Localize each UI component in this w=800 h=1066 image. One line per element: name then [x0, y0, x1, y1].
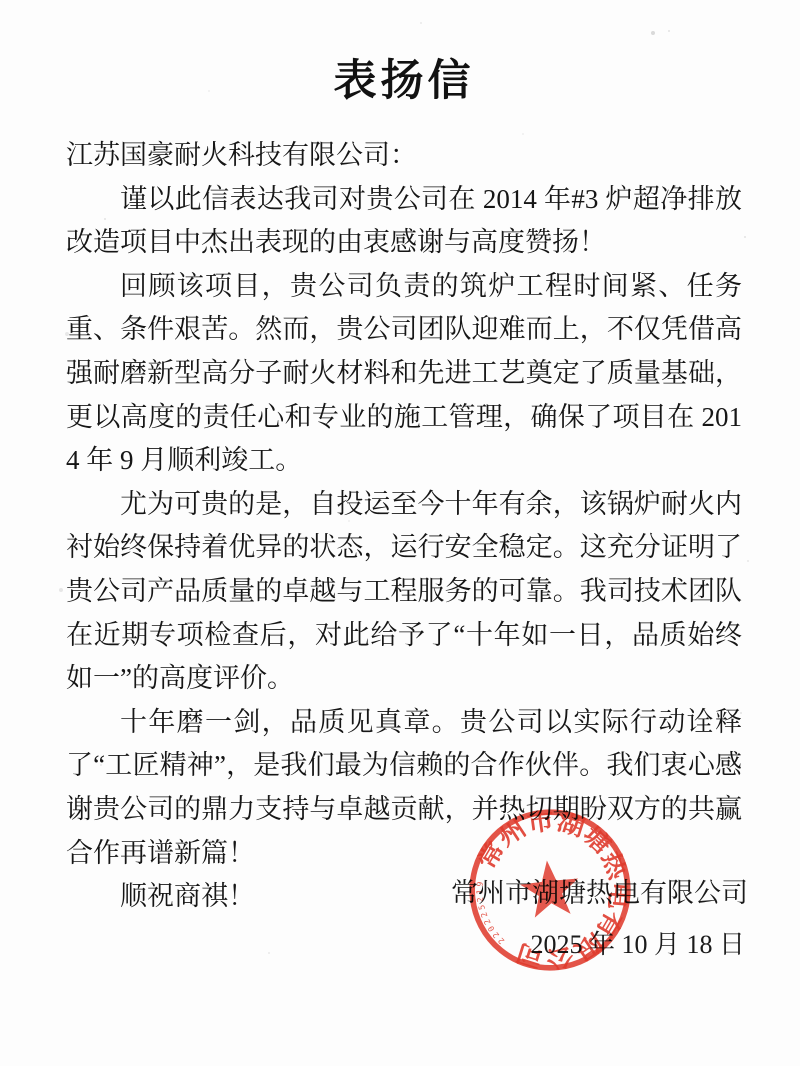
paragraph-4: 十年磨一剑，品质见真章。贵公司以实际行动诠释了“工匠精神”，是我们最为信赖的合作… — [66, 701, 742, 875]
signature-company: 常州市湖塘热电有限公司 — [451, 876, 748, 910]
letter-title: 表扬信 — [66, 54, 742, 108]
paragraph-3: 尤为可贵的是，自投运至今十年有余，该锅炉耐火内衬始终保持着优异的状态，运行安全稳… — [66, 483, 742, 701]
letter-content: 表扬信 江苏国豪耐火科技有限公司： 谨以此信表达我司对贵公司在 2014 年#3… — [66, 54, 742, 919]
paragraph-2: 回顾该项目，贵公司负责的筑炉工程时间紧、任务重、条件艰苦。然而，贵公司团队迎难而… — [66, 265, 742, 483]
scan-speckles — [0, 0, 2, 2]
letter-page: 表扬信 江苏国豪耐火科技有限公司： 谨以此信表达我司对贵公司在 2014 年#3… — [0, 0, 800, 1066]
paragraph-1: 谨以此信表达我司对贵公司在 2014 年#3 炉超净排放改造项目中杰出表现的由衷… — [66, 178, 742, 265]
signature-date: 2025 年 10 月 18 日 — [530, 929, 745, 961]
salutation: 江苏国豪耐火科技有限公司： — [66, 134, 742, 178]
